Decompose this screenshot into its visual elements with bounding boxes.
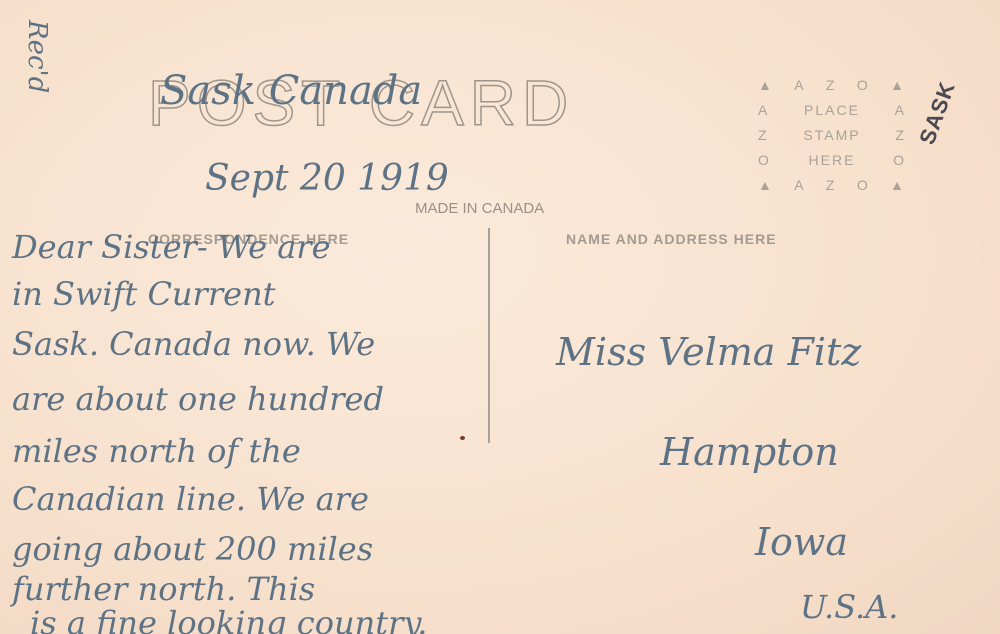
address-country: U.S.A. xyxy=(800,588,898,626)
handwritten-place: Sask Canada xyxy=(160,68,422,114)
message-line: are about one hundred xyxy=(12,380,384,418)
message-line: further north. This xyxy=(12,570,315,608)
side-note: Rec'd xyxy=(22,20,52,93)
stamp-box: ▲AZO▲ APLACEA ZSTAMPZ OHEREO ▲AZO▲ xyxy=(758,72,906,197)
ink-spot xyxy=(460,436,465,440)
message-line: miles north of the xyxy=(12,432,301,470)
message-line: in Swift Current xyxy=(12,275,276,313)
center-divider xyxy=(488,228,490,443)
stamp-line-place: PLACE xyxy=(769,102,894,118)
address-label: NAME AND ADDRESS HERE xyxy=(566,231,777,247)
stamp-line-here: HERE xyxy=(771,152,893,168)
address-name: Miss Velma Fitz xyxy=(556,330,861,374)
stamp-border-top: ▲AZO▲ xyxy=(758,72,906,97)
postmark: SASK xyxy=(914,78,961,148)
message-line: is a fine looking country. xyxy=(30,604,427,634)
made-in-label: MADE IN CANADA xyxy=(415,200,544,217)
address-state: Iowa xyxy=(755,520,848,564)
stamp-line-stamp: STAMP xyxy=(769,127,896,143)
handwritten-date: Sept 20 1919 xyxy=(205,158,449,199)
address-city: Hampton xyxy=(660,430,839,474)
message-line: Canadian line. We are xyxy=(12,480,369,518)
message-line: going about 200 miles xyxy=(12,530,373,568)
message-line: Dear Sister- We are xyxy=(12,228,331,266)
postcard-back: POST CARD MADE IN CANADA CORRESPONDENCE … xyxy=(0,0,1000,634)
stamp-border-bottom: ▲AZO▲ xyxy=(758,172,906,197)
message-line: Sask. Canada now. We xyxy=(12,325,375,363)
